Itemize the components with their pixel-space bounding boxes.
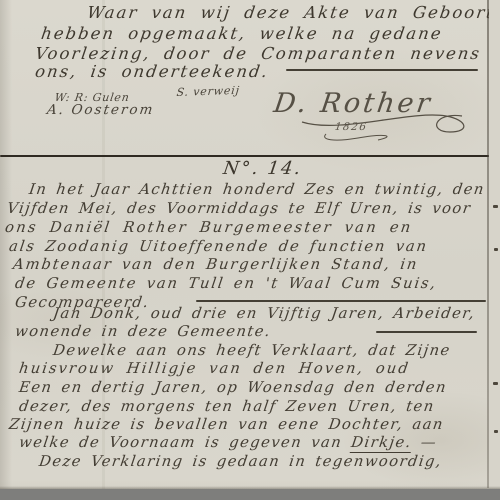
paragraph-rule	[376, 331, 477, 333]
edge-ink-mark	[493, 382, 498, 385]
signature-rule	[286, 69, 478, 71]
closing-line: Voorlezing, door de Comparanten nevens	[34, 46, 482, 63]
act-separator-rule	[0, 155, 489, 157]
act-line: ons Daniël Rother Burgemeester van en	[4, 221, 413, 236]
closing-line: ons, is onderteekend.	[34, 64, 270, 81]
act-line: de Gemeente van Tull en 't Waal Cum Suis…	[14, 277, 438, 292]
closing-line: hebben opgemaakt, welke na gedane	[40, 26, 444, 43]
edge-ink-mark	[494, 248, 498, 251]
page-fold-band	[489, 0, 500, 488]
declaration-line: dezer, des morgens ten half Zeven Uren, …	[18, 400, 436, 415]
edge-ink-mark	[493, 205, 498, 208]
final-line: Deze Verklaring is gedaan in tegenwoordi…	[38, 455, 443, 470]
signature-flourish	[300, 108, 480, 142]
witness-signature: A. Oosterom	[46, 104, 155, 118]
act-line: In het Jaar Achttien honderd Zes en twin…	[28, 183, 486, 198]
declarant-line: Jan Donk, oud drie en Vijftig Jaren, Arb…	[52, 307, 476, 322]
declarant-line: wonende in deze Gemeente.	[14, 325, 272, 340]
act-line: als Zoodanig Uitoeffenende de functien v…	[8, 240, 429, 255]
declaration-line: Dewelke aan ons heeft Verklaart, dat Zij…	[52, 344, 452, 359]
child-name: Dirkje.	[350, 434, 413, 453]
act-line: Ambtenaar van den Burgerlijken Stand, in	[12, 258, 419, 273]
declaration-line: huisvrouw Hilligje van den Hoven, oud	[18, 362, 411, 377]
dash: —	[420, 434, 439, 451]
page-fold-line	[487, 0, 489, 488]
child-name-prefix: welke de Voornaam is gegeven van	[18, 434, 352, 451]
edge-ink-mark	[494, 430, 498, 433]
paragraph-rule	[196, 300, 486, 302]
child-name-line: welke de Voornaam is gegeven van Dirkje.…	[18, 436, 438, 451]
act-number: N°. 14.	[222, 160, 303, 178]
declaration-line: Een en dertig Jaren, op Woensdag den der…	[18, 381, 448, 396]
scanned-register-page: Waar van wij deze Akte van Geboorte hebb…	[0, 0, 500, 500]
witness-signature: S. verweij	[176, 85, 240, 98]
closing-line: Waar van wij deze Akte van Geboorte	[86, 5, 500, 22]
signature-year: 1826	[334, 122, 368, 133]
scanner-bed	[0, 489, 500, 500]
act-line: Vijfden Mei, des Voormiddags te Elf Uren…	[6, 202, 472, 217]
declaration-line: Zijnen huize is bevallen van eene Dochte…	[8, 418, 445, 433]
